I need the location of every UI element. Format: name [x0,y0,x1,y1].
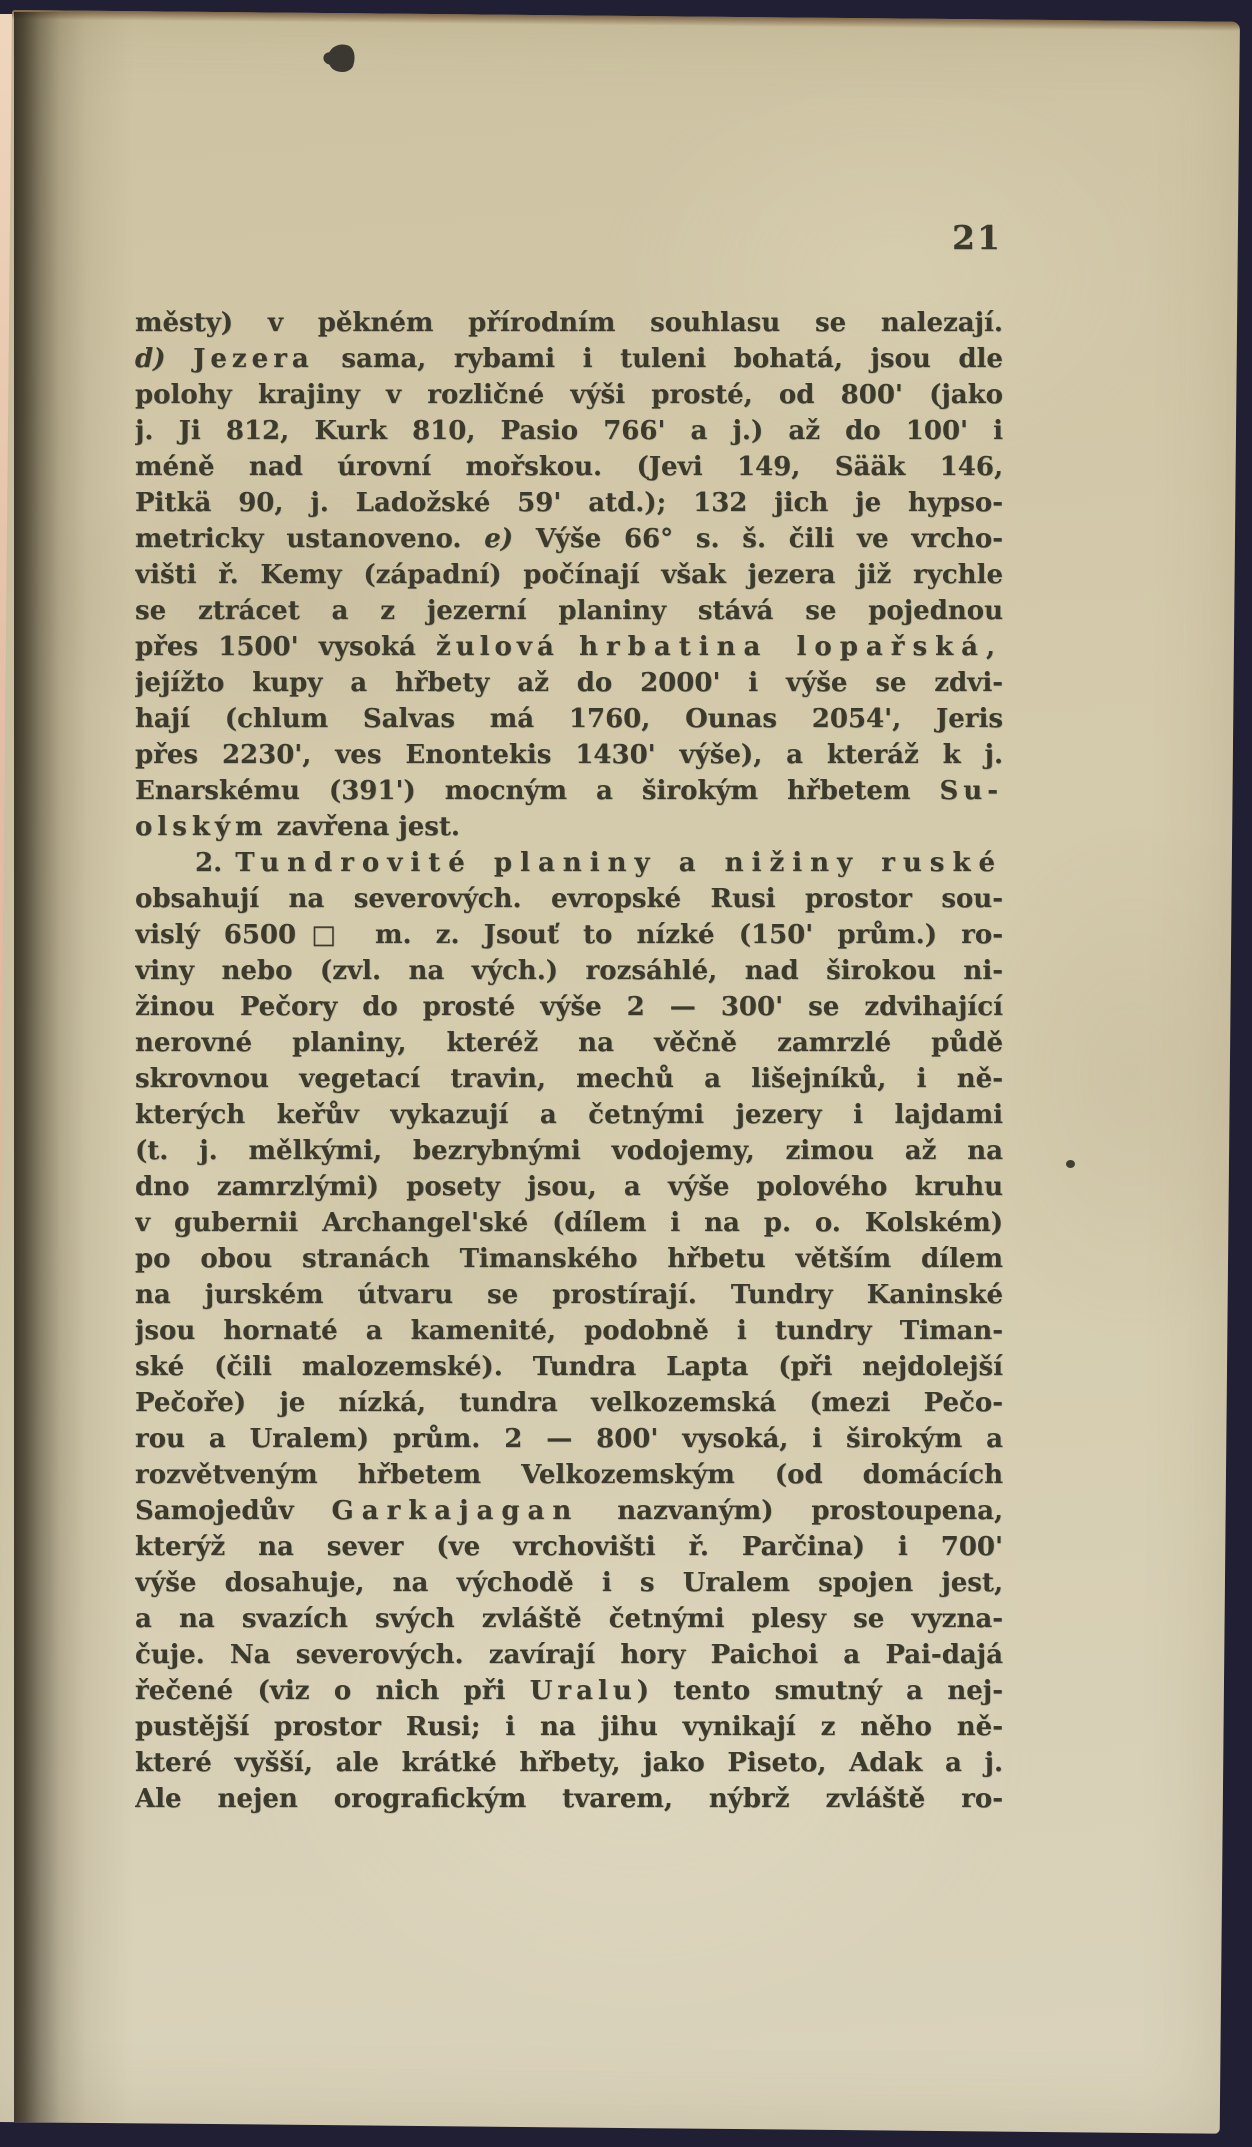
text-line: na jurském útvaru se prostírají. Tundry … [135,1277,1003,1313]
text-segment: obsahují na severových. evropské Rusi pr… [135,884,1003,914]
ink-speck-artifact [1066,1160,1075,1168]
text-segment: Enarskému (391') mocným a širokým hřbete… [135,776,940,806]
text-segment: čuje. Na severových. zavírají hory Paich… [135,1640,1003,1670]
text-segment: hají (chlum Salvas má 1760, Ounas 2054',… [135,704,1003,734]
text-segment: e) [484,524,513,554]
text-line: rou a Uralem) prům. 2 — 800' vysoká, i š… [135,1421,1003,1457]
text-line: žinou Pečory do prosté výše 2 — 300' se … [135,989,1003,1025]
text-line: viny nebo (zvl. na vých.) rozsáhlé, nad … [135,953,1003,989]
text-segment: rou a Uralem) prům. 2 — 800' vysoká, i š… [135,1424,1003,1454]
text-line: v gubernii Archangel'ské (dílem i na p. … [135,1205,1003,1241]
text-line: a na svazích svých zvláště četnými plesy… [135,1601,1003,1637]
text-line: přes 2230', ves Enontekis 1430' výše), a… [135,737,1003,773]
text-segment: hrbatina lopařská, [579,632,1003,662]
text-segment: višti ř. Kemy (západní) počínají však je… [135,560,1003,590]
text-line: řečené (viz o nich při Uralu) tento smut… [135,1673,1003,1709]
text-segment: metricky ustanoveno. [135,524,484,554]
text-line: jsou hornaté a kamenité, podobně i tundr… [135,1313,1003,1349]
text-line: j. Ji 812, Kurk 810, Pasio 766' a j.) až… [135,413,1003,449]
text-segment: dno zamrzlými) posety jsou, a výše polov… [135,1172,1003,1202]
text-line: Ale nejen orografickým tvarem, nýbrž zvl… [135,1781,1003,1817]
text-segment: jejížto kupy a hřbety až do 2000' i výše… [135,668,1003,698]
text-line: Pečoře) je nízká, tundra velkozemská (me… [135,1385,1003,1421]
text-line: po obou stranách Timanského hřbetu větší… [135,1241,1003,1277]
text-segment: kterých keřův vykazují a četnými jezery … [135,1100,1003,1130]
text-segment: rozvětveným hřbetem Velkozemským (od dom… [135,1460,1003,1490]
text-segment: viny nebo (zvl. na vých.) rozsáhlé, nad … [135,956,1003,986]
text-segment: kterýž na sever (ve vrchovišti ř. Parčin… [135,1532,1003,1562]
text-segment: sama, rybami i tuleni bohatá, jsou dle [314,344,1003,374]
text-segment: zavřena jest. [268,812,460,842]
text-segment: ) tento smutný a nej- [637,1676,1003,1706]
text-segment: přes 1500' vysoká [135,632,436,662]
text-segment: Pečoře) je nízká, tundra velkozemská (me… [135,1388,1003,1418]
text-line: (t. j. mělkými, bezrybnými vodojemy, zim… [135,1133,1003,1169]
text-segment: a na svazích svých zvláště četnými plesy… [135,1604,1003,1634]
text-line: Enarskému (391') mocným a širokým hřbete… [135,773,1003,809]
text-line: jejížto kupy a hřbety až do 2000' i výše… [135,665,1003,701]
text-segment: přes 2230', ves Enontekis 1430' výše), a… [135,740,1003,770]
text-segment: méně nad úrovní mořskou. (Jevi 149, Sääk… [135,452,1003,482]
text-line: výše dosahuje, na východě i s Uralem spo… [135,1565,1003,1601]
text-line: skrovnou vegetací travin, mechů a lišejn… [135,1061,1003,1097]
text-segment: Pitkä 90, j. Ladožské 59' atd.); 132 jic… [135,488,1003,518]
text-segment: v gubernii Archangel'ské (dílem i na p. … [135,1208,1003,1238]
text-segment: 2. [195,848,235,878]
text-segment: vislý 6500□ m. z. Jsouť to nízké (150' p… [135,920,1003,950]
text-line: hají (chlum Salvas má 1760, Ounas 2054',… [135,701,1003,737]
text-segment: (t. j. mělkými, bezrybnými vodojemy, zim… [135,1136,1003,1166]
body-text: městy) v pěkném přírodním souhlasu se na… [135,305,1003,1817]
text-segment: výše dosahuje, na východě i s Uralem spo… [135,1568,1003,1598]
text-segment [559,632,579,662]
text-line: 2. Tundrovité planiny a nižiny ruské [135,845,1003,881]
text-line: které vyšší, ale krátké hřbety, jako Pis… [135,1745,1003,1781]
text-line: méně nad úrovní mořskou. (Jevi 149, Sääk… [135,449,1003,485]
text-line: rozvětveným hřbetem Velkozemským (od dom… [135,1457,1003,1493]
text-segment: nerovné planiny, kteréž na věčně zamrzlé… [135,1028,1003,1058]
text-line: se ztrácet a z jezerní planiny stává se … [135,593,1003,629]
text-line: nerovné planiny, kteréž na věčně zamrzlé… [135,1025,1003,1061]
text-line: městy) v pěkném přírodním souhlasu se na… [135,305,1003,341]
text-segment: na jurském útvaru se prostírají. Tundry … [135,1280,1003,1310]
text-segment: skrovnou vegetací travin, mechů a lišejn… [135,1064,1003,1094]
text-line: kterých keřův vykazují a četnými jezery … [135,1097,1003,1133]
text-line: metricky ustanoveno. e) Výše 66° s. š. č… [135,521,1003,557]
text-segment: Samojedův [135,1496,332,1526]
text-segment: žulová [436,632,559,662]
text-segment: jsou hornaté a kamenité, podobně i tundr… [135,1316,1003,1346]
text-line: olským zavřena jest. [135,809,1003,845]
text-segment: ské (čili malozemské). Tundra Lapta (při… [135,1352,1003,1382]
text-segment: městy) v pěkném přírodním souhlasu se na… [135,308,1003,338]
text-line: polohy krajiny v rozličné výši prosté, o… [135,377,1003,413]
text-line: višti ř. Kemy (západní) počínají však je… [135,557,1003,593]
text-segment: olským [135,812,268,842]
text-segment: d) [135,344,165,374]
text-line: obsahují na severových. evropské Rusi pr… [135,881,1003,917]
text-line: d) Jezera sama, rybami i tuleni bohatá, … [135,341,1003,377]
text-line: pustější prostor Rusi; i na jihu vynikaj… [135,1709,1003,1745]
gutter-shadow [14,12,134,2122]
text-segment: po obou stranách Timanského hřbetu větší… [135,1244,1003,1274]
text-segment: Výše 66° s. š. čili ve vrcho- [513,524,1003,554]
text-line: ské (čili malozemské). Tundra Lapta (při… [135,1349,1003,1385]
text-line: Pitkä 90, j. Ladožské 59' atd.); 132 jic… [135,485,1003,521]
text-segment: Tundrovité planiny a nižiny ruské [235,848,1003,878]
text-line: přes 1500' vysoká žulová hrbatina lopařs… [135,629,1003,665]
text-segment: polohy krajiny v rozličné výši prosté, o… [135,380,1003,410]
text-segment: j. Ji 812, Kurk 810, Pasio 766' a j.) až… [135,416,1003,446]
text-segment: řečené (viz o nich při [135,1676,530,1706]
text-segment: Jezera [193,344,314,374]
text-segment: Su- [940,776,1003,806]
text-segment: Ale nejen orografickým tvarem, nýbrž zvl… [135,1784,1003,1814]
text-line: čuje. Na severových. zavírají hory Paich… [135,1637,1003,1673]
text-line: kterýž na sever (ve vrchovišti ř. Parčin… [135,1529,1003,1565]
text-segment [165,344,193,374]
text-segment: Garkajagan [332,1496,580,1526]
text-line: vislý 6500□ m. z. Jsouť to nízké (150' p… [135,917,1003,953]
text-line: dno zamrzlými) posety jsou, a výše polov… [135,1169,1003,1205]
page-number: 21 [952,218,1002,257]
text-segment: žinou Pečory do prosté výše 2 — 300' se … [135,992,1003,1022]
text-segment: Uralu [530,1676,637,1706]
text-segment: se ztrácet a z jezerní planiny stává se … [135,596,1003,626]
text-segment: pustější prostor Rusi; i na jihu vynikaj… [135,1712,1003,1742]
scanned-book-page: 21 městy) v pěkném přírodním souhlasu se… [0,0,1252,2147]
text-segment: nazvaným) prostoupena, [579,1496,1003,1526]
text-line: Samojedův Garkajagan nazvaným) prostoupe… [135,1493,1003,1529]
text-segment: které vyšší, ale krátké hřbety, jako Pis… [135,1748,1003,1778]
